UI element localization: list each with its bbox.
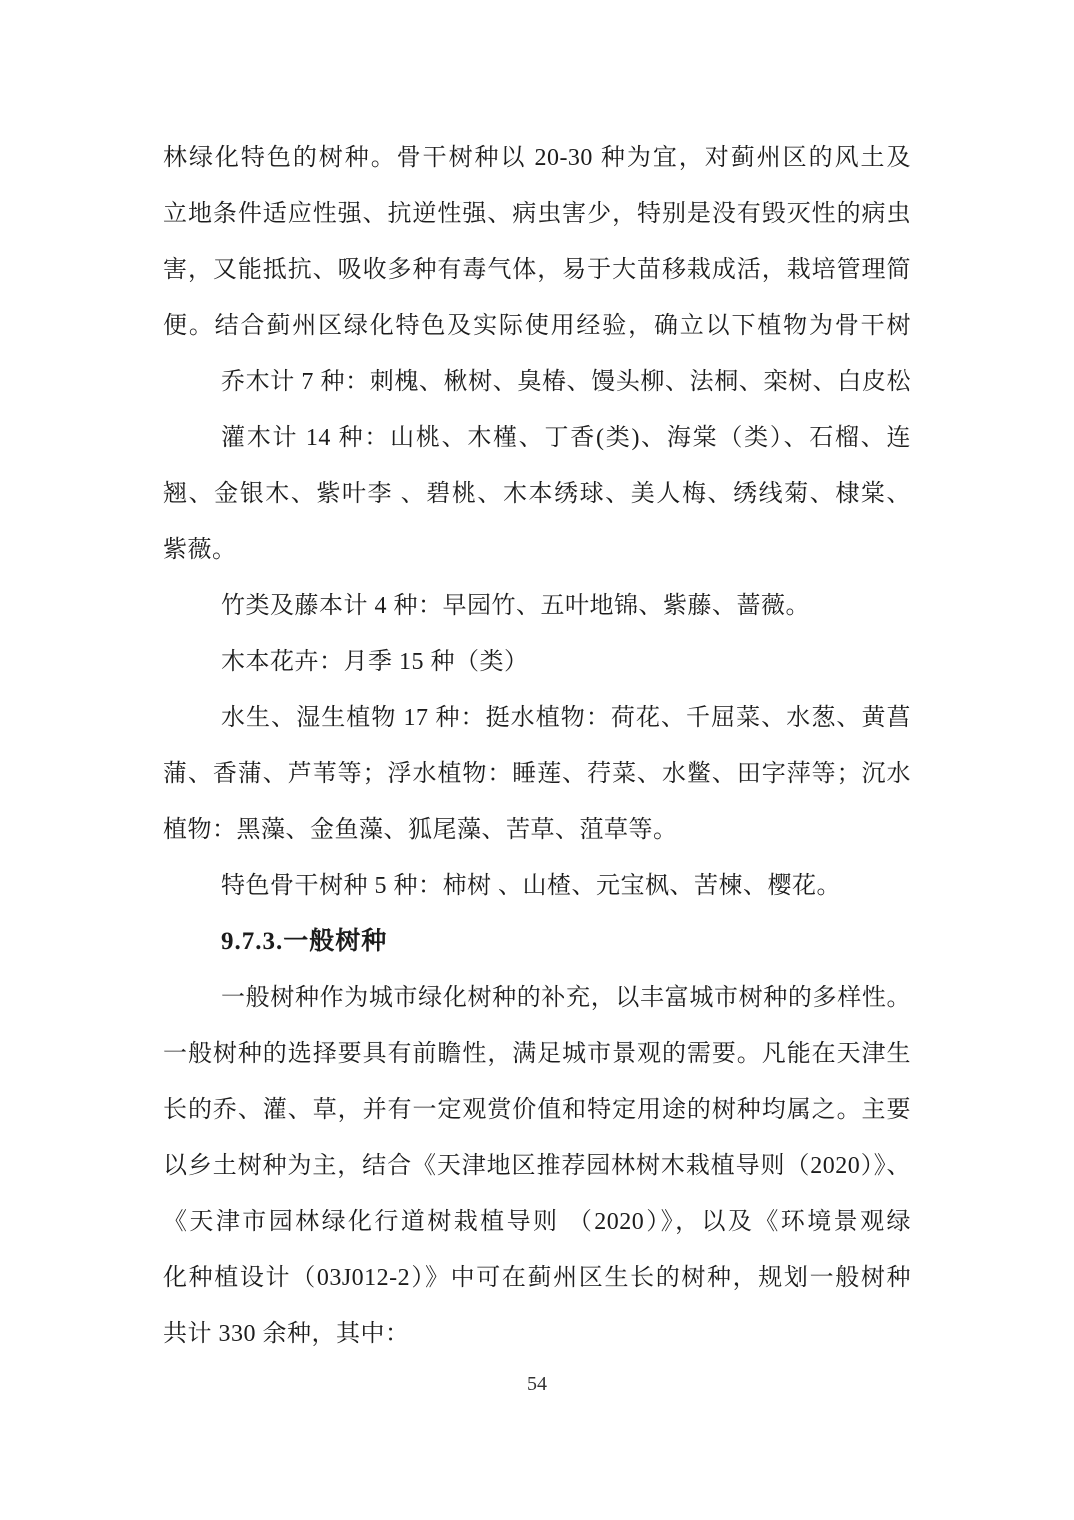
text-line: 竹类及藤本计 4 种：早园竹、五叶地锦、紫藤、蔷薇。 xyxy=(163,578,911,634)
text-line: 蒲、香蒲、芦苇等；浮水植物：睡莲、荇菜、水鳖、田字萍等；沉水 xyxy=(163,746,911,802)
section-heading: 9.7.3.一般树种 xyxy=(163,914,911,970)
document-page: 林绿化特色的树种。骨干树种以 20-30 种为宜，对蓟州区的风土及 立地条件适应… xyxy=(0,0,1074,1520)
text-line: 便。结合蓟州区绿化特色及实际使用经验，确立以下植物为骨干树种： xyxy=(163,298,911,354)
document-body: 林绿化特色的树种。骨干树种以 20-30 种为宜，对蓟州区的风土及 立地条件适应… xyxy=(163,130,911,1362)
text-line: 害，又能抵抗、吸收多种有毒气体，易于大苗移栽成活，栽培管理简 xyxy=(163,242,911,298)
text-line: 长的乔、灌、草，并有一定观赏价值和特定用途的树种均属之。主要 xyxy=(163,1082,911,1138)
text-line: 化种植设计（03J012-2）》中可在蓟州区生长的树种，规划一般树种 xyxy=(163,1250,911,1306)
text-line: 一般树种的选择要具有前瞻性，满足城市景观的需要。凡能在天津生 xyxy=(163,1026,911,1082)
text-line: 一般树种作为城市绿化树种的补充，以丰富城市树种的多样性。 xyxy=(163,970,911,1026)
text-line: 特色骨干树种 5 种：柿树 、山楂、元宝枫、苦楝、樱花。 xyxy=(163,858,911,914)
text-line: 共计 330 余种，其中： xyxy=(163,1306,911,1362)
text-line: 灌木计 14 种：山桃、木槿、丁香(类)、海棠（类）、石榴、连 xyxy=(163,410,911,466)
text-line: 翘、金银木、紫叶李 、碧桃、木本绣球、美人梅、绣线菊、棣棠、 xyxy=(163,466,911,522)
text-line: 立地条件适应性强、抗逆性强、病虫害少，特别是没有毁灭性的病虫 xyxy=(163,186,911,242)
page-number: 54 xyxy=(0,1368,1074,1400)
text-line: 林绿化特色的树种。骨干树种以 20-30 种为宜，对蓟州区的风土及 xyxy=(163,130,911,186)
text-line: 水生、湿生植物 17 种：挺水植物：荷花、千屈菜、水葱、黄菖 xyxy=(163,690,911,746)
text-line: 以乡土树种为主，结合《天津地区推荐园林树木栽植导则（2020）》、 xyxy=(163,1138,911,1194)
text-line: 《天津市园林绿化行道树栽植导则 （2020）》，以及《环境景观绿 xyxy=(163,1194,911,1250)
text-line: 植物：黑藻、金鱼藻、狐尾藻、苦草、菹草等。 xyxy=(163,802,911,858)
text-line: 乔木计 7 种：刺槐、楸树、臭椿、馒头柳、法桐、栾树、白皮松 xyxy=(163,354,911,410)
text-line: 木本花卉：月季 15 种（类） xyxy=(163,634,911,690)
text-line: 紫薇。 xyxy=(163,522,911,578)
